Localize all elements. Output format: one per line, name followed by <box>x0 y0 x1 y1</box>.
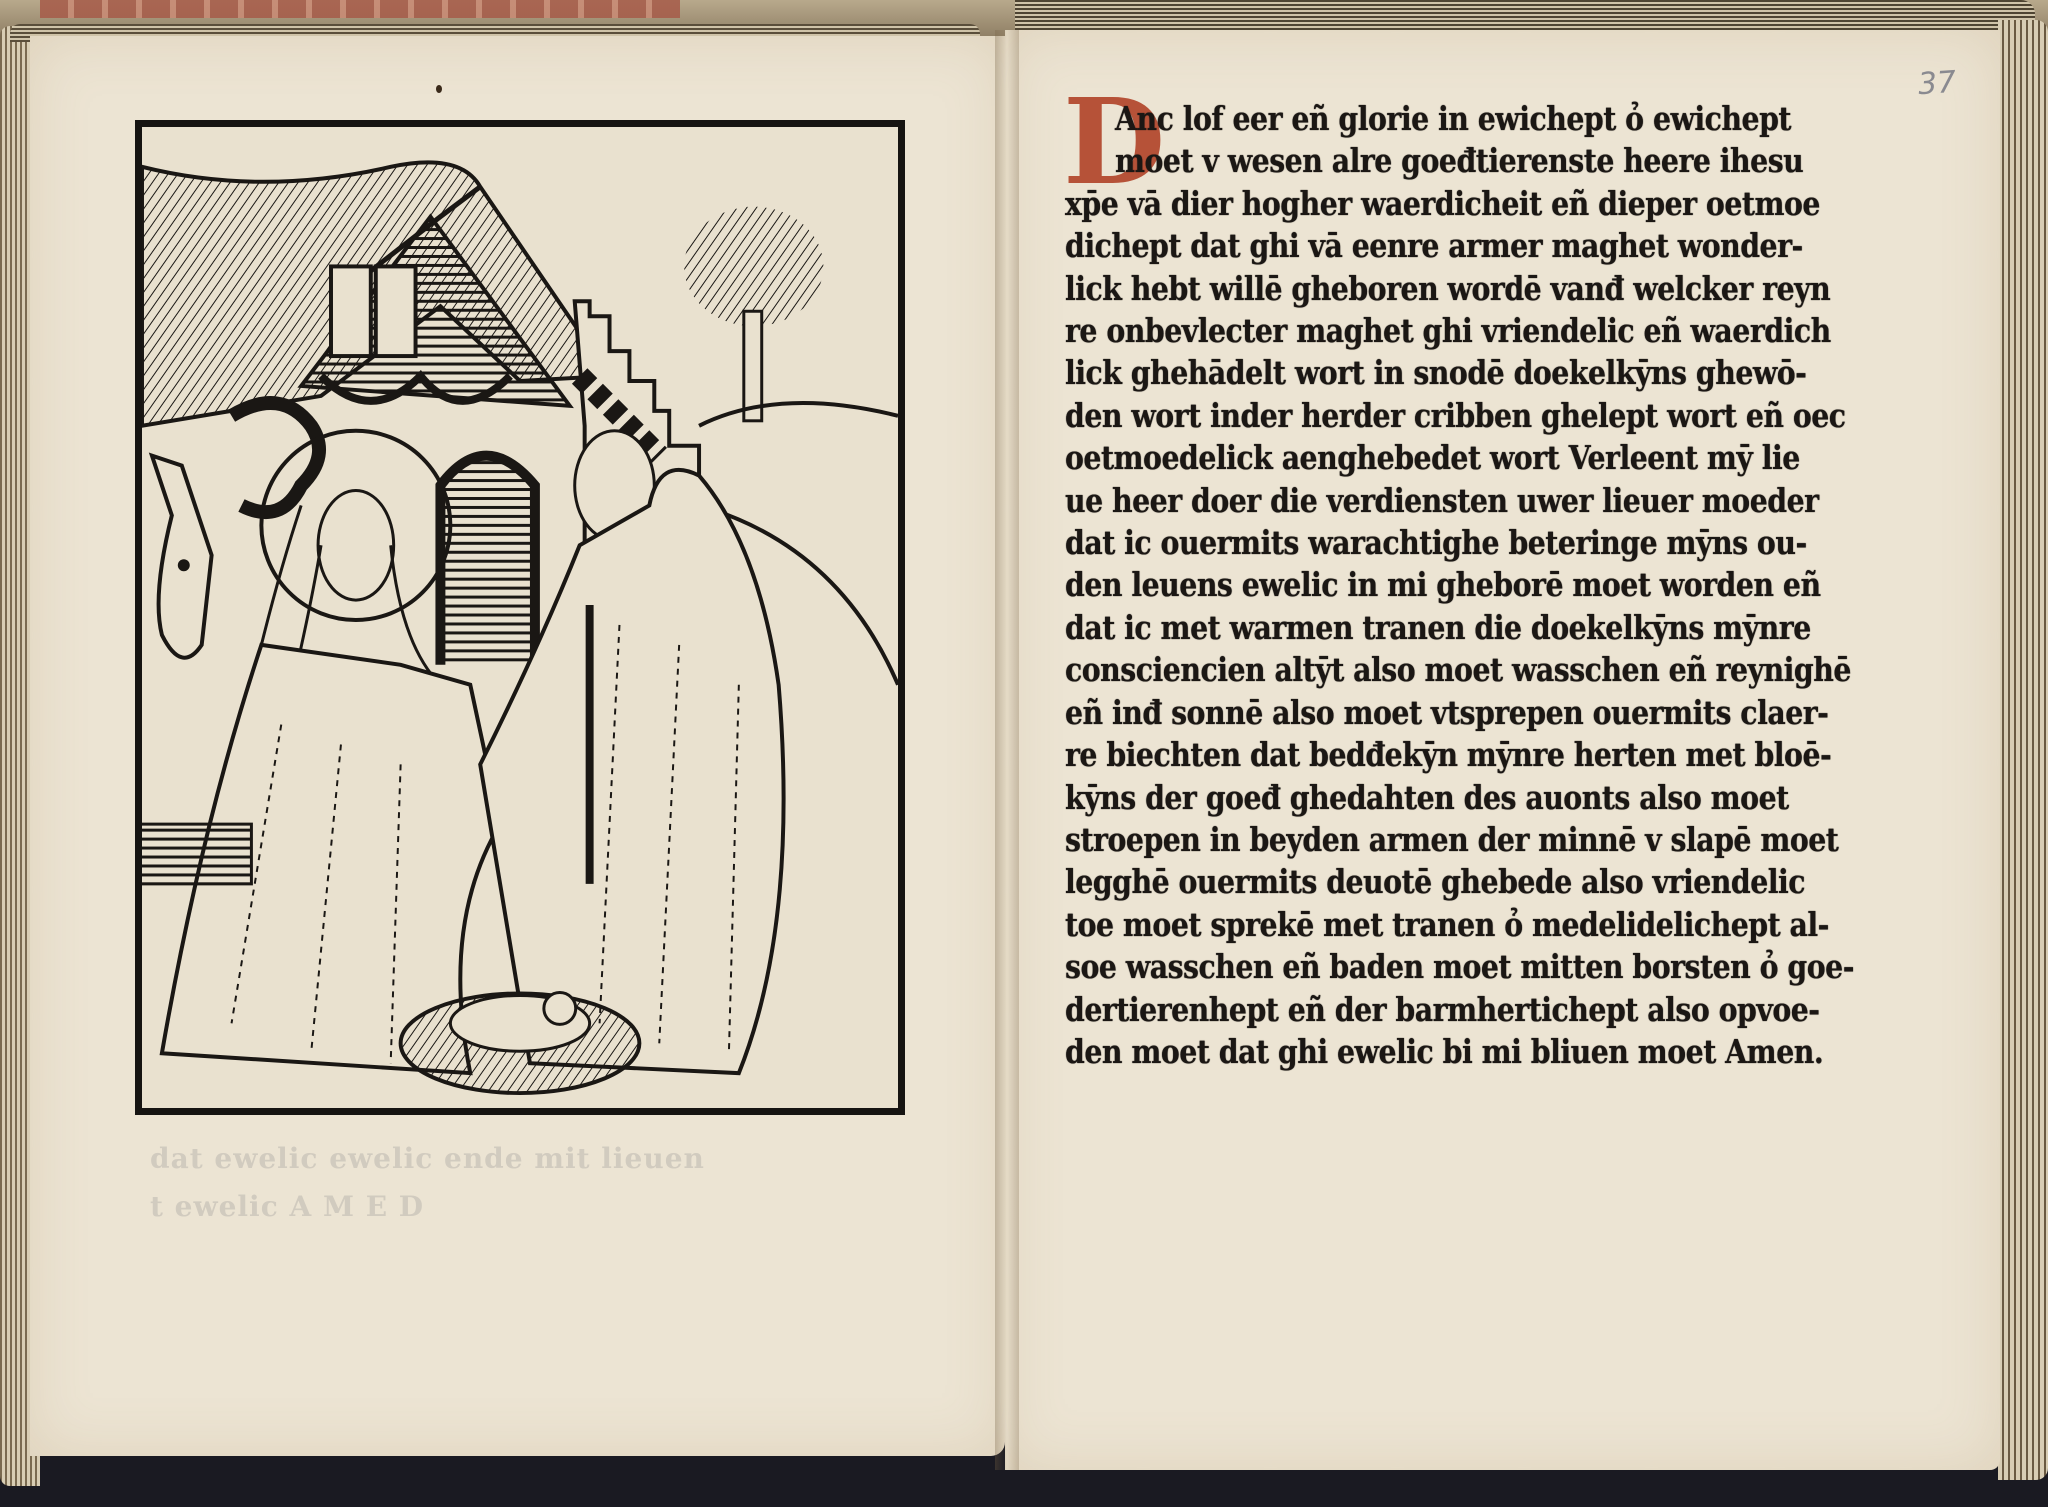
nativity-woodcut-icon <box>142 127 898 1108</box>
text-line: dertierenhept eñ der barmhertichept also… <box>1065 989 1779 1031</box>
show-through-text: dat ewelic ewelic ende mit lieuen t ewel… <box>150 1135 910 1231</box>
book-gutter <box>995 30 1019 1470</box>
text-line: den wort inder herder cribben ghelept wo… <box>1065 395 1779 437</box>
folio-number: 37 <box>1917 65 1958 103</box>
cover-marbled-paper <box>40 0 680 18</box>
text-line: Anc lof eer eñ glorie in ewichept ỏ ewic… <box>1115 98 1786 140</box>
text-line: lick hebt willē gheboren wordē vanđ welc… <box>1065 268 1779 310</box>
text-line: den leuens ewelic in mi gheborē moet wor… <box>1065 564 1779 606</box>
text-line: ue heer doer die verdiensten uwer lieuer… <box>1065 480 1779 522</box>
text-line: legghē ouermits deuotē ghebede also vrie… <box>1065 861 1779 903</box>
blackletter-text-block: Anc lof eer eñ glorie in ewichept ỏ ewic… <box>1115 98 1895 1073</box>
text-line: eñ inđ sonnē also moet vtsprepen ouermit… <box>1065 692 1779 734</box>
woodcut-nativity-illustration <box>135 120 905 1115</box>
text-line: moet v wesen alre goeđtierenste heere ih… <box>1115 140 1786 182</box>
show-through-line: dat ewelic ewelic ende mit lieuen <box>150 1135 910 1183</box>
text-line: soe wasschen eñ baden moet mitten borste… <box>1065 946 1779 988</box>
text-line: re onbevlecter maghet ghi vriendelic eñ … <box>1065 310 1779 352</box>
text-line: xp̄e vā dier hogher waerdicheit eñ diepe… <box>1065 183 1779 225</box>
page-edges-right <box>1998 20 2048 1480</box>
text-line: oetmoedelick aenghebedet wort Verleent m… <box>1065 437 1779 479</box>
text-line: kȳns der goeđ ghedahten des auonts also … <box>1065 777 1779 819</box>
text-line: re biechten dat bedđekȳn mȳnre herten me… <box>1065 734 1779 776</box>
show-through-line: t ewelic A M E D <box>150 1183 910 1231</box>
text-line: dat ic met warmen tranen die doekelkȳns … <box>1065 607 1779 649</box>
text-line: den moet dat ghi ewelic bi mi bliuen moe… <box>1065 1031 1779 1073</box>
ink-spot <box>436 85 442 93</box>
text-line: lick ghehādelt wort in snodē doekelkȳns … <box>1065 352 1779 394</box>
text-line: toe moet sprekē met tranen ỏ medelidelic… <box>1065 904 1779 946</box>
text-line: dat ic ouermits warachtighe beteringe mȳ… <box>1065 522 1779 564</box>
text-line: stroepen in beyden armen der minnē v sla… <box>1065 819 1779 861</box>
text-line: consciencien altȳt also moet wasschen eñ… <box>1065 649 1779 691</box>
page-edges-top-right <box>1015 0 2035 30</box>
text-line: dichept dat ghi vā eenre armer maghet wo… <box>1065 225 1779 267</box>
